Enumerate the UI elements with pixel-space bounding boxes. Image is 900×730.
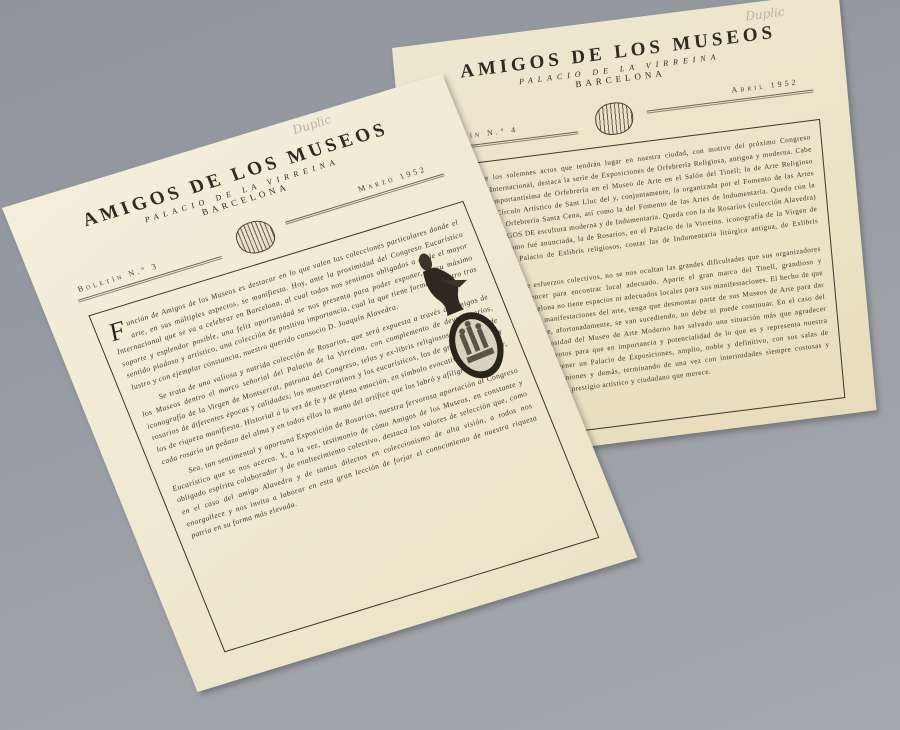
museum-emblem-icon [231, 217, 279, 258]
header-rule-right [647, 90, 814, 114]
pencil-annotation: Duplic [290, 112, 333, 137]
rosary-pendant-illustration [408, 240, 518, 390]
museum-emblem-icon [594, 100, 635, 137]
